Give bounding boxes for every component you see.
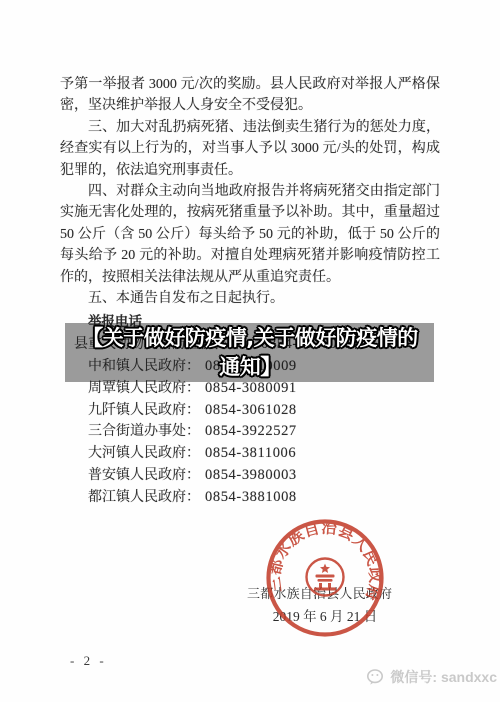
document-paragraph: 四、对群众主动向当地政府报告并将病死猪交由指定部门实施无害化处理的，按病死猪重量… bbox=[60, 181, 440, 288]
scanned-document-page: 予第一举报者 3000 元/次的奖励。县人民政府对举报人严格保密，坚决维护举报人… bbox=[0, 0, 500, 702]
hotline-row: 都江镇人民政府：0854-3881008 bbox=[88, 487, 440, 509]
hotline-phone: 0854-3811006 bbox=[205, 445, 296, 461]
document-body: 予第一举报者 3000 元/次的奖励。县人民政府对举报人严格保密，坚决维护举报人… bbox=[60, 74, 440, 509]
hotline-row: 九阡镇人民政府：0854-3061028 bbox=[88, 400, 440, 422]
page-number: - 2 - bbox=[70, 653, 107, 669]
official-seal: 三都水族自治县人民政府 bbox=[260, 513, 390, 643]
hotline-phone: 0854-3881008 bbox=[205, 489, 297, 505]
superimposed-title: 【关于做好防疫情,关于做好防疫情的 通知】 bbox=[40, 324, 460, 382]
seal-arc-text: 三都水族自治县人民政府 bbox=[265, 518, 385, 604]
hotline-org: 都江镇人民政府： bbox=[88, 490, 200, 505]
hotline-row: 普安镇人民政府：0854-3980003 bbox=[88, 465, 440, 487]
watermark: 微信号: sandxxc bbox=[367, 667, 497, 687]
watermark-text: 微信号: sandxxc bbox=[390, 667, 497, 687]
hotline-row: 三合街道办事处：0854-3922527 bbox=[88, 421, 440, 443]
hotline-org: 九阡镇人民政府： bbox=[88, 403, 200, 418]
hotline-org: 大河镇人民政府： bbox=[88, 446, 200, 461]
hotline-phone: 0854-3922527 bbox=[205, 423, 297, 439]
hotline-phone: 0854-3061028 bbox=[205, 402, 297, 418]
document-paragraph: 三、加大对乱扔病死猪、违法倒卖生猪行为的惩处力度，经查实有以上行为的，对当事人予… bbox=[60, 117, 440, 181]
hotline-org: 周覃镇人民政府： bbox=[88, 381, 200, 396]
wechat-icon bbox=[367, 669, 386, 686]
superimposed-title-line2: 通知】 bbox=[219, 353, 281, 382]
document-paragraph: 五、本通告自发布之日起执行。 bbox=[60, 288, 440, 309]
hotline-phone: 0854-3980003 bbox=[205, 467, 297, 483]
hotline-org: 三合街道办事处： bbox=[88, 424, 200, 439]
superimposed-title-line1: 【关于做好防疫情,关于做好防疫情的 bbox=[82, 324, 417, 353]
document-paragraph: 予第一举报者 3000 元/次的奖励。县人民政府对举报人严格保密，坚决维护举报人… bbox=[60, 74, 440, 117]
hotline-row: 大河镇人民政府：0854-3811006 bbox=[88, 443, 440, 465]
hotline-phone: 0854-3080091 bbox=[205, 380, 297, 396]
hotline-org: 普安镇人民政府： bbox=[88, 468, 200, 483]
national-emblem-icon bbox=[307, 559, 344, 596]
